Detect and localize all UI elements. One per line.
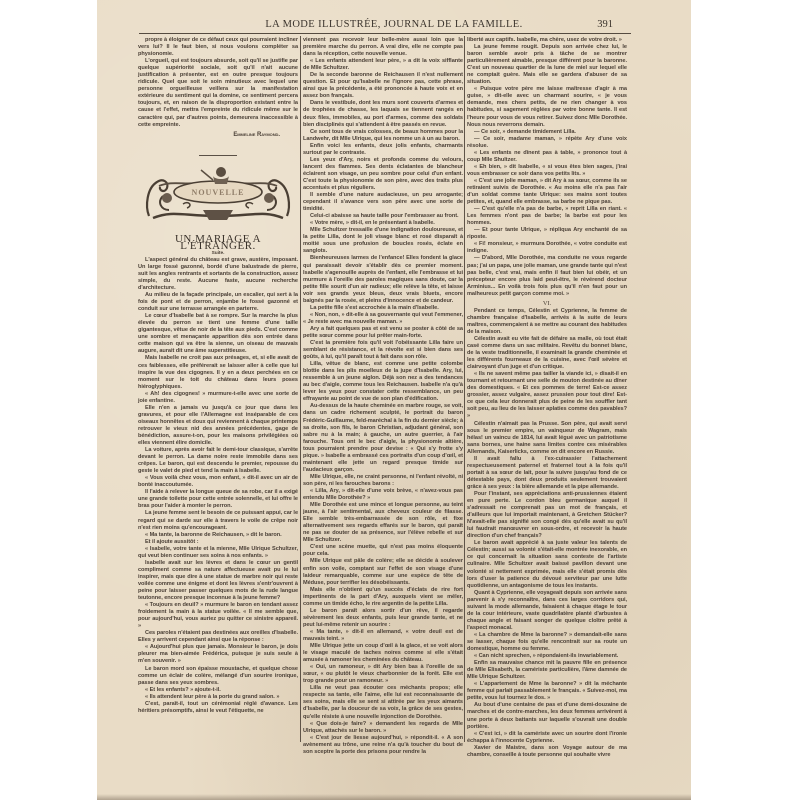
paragraph: Les yeux d'Ary, noirs et profonds comme … <box>303 157 463 192</box>
separator-rule <box>199 155 237 156</box>
paragraph: Mais Isabelle ne croit pas aux présages,… <box>138 355 298 390</box>
paragraph: « Ils attendent leur père à la porte du … <box>138 694 298 701</box>
page-number: 391 <box>597 19 613 30</box>
paragraph: « C'est jour de liesse aujourd'hui, » ré… <box>303 735 463 756</box>
paragraph: Célestin avait eu vite fait de défaire s… <box>467 336 627 371</box>
paragraph: Mlle Ulrique est pâle de colère; elle se… <box>303 558 463 586</box>
paragraph: « Les enfants attendent leur père, » a d… <box>303 58 463 72</box>
story-text-continued: viennent pas recevoir leur belle-mère au… <box>303 37 463 756</box>
header-rule <box>139 33 631 34</box>
paragraph: Enfin sa mauvaise chance mit la pauvre f… <box>467 660 627 681</box>
paragraph: « Eh bien, » dit Isabelle, « si vous ête… <box>467 164 627 178</box>
paragraph: « Lilla, Ary, » dit-elle d'une voix brèv… <box>303 488 463 502</box>
paragraph: liberté aux captifs. Isabelle, ma chère,… <box>467 37 627 44</box>
paragraph: La jeune femme sent le besoin de ce puis… <box>138 510 298 531</box>
paragraph: Ary a fait quelques pas et est venu se p… <box>303 326 463 340</box>
column-1: propre à éloigner de ce défaut ceux qui … <box>138 37 298 715</box>
paragraph: « Ah! des cigognes! » murmure-t-elle ave… <box>138 391 298 405</box>
story-subtitle: Suite. <box>138 250 298 257</box>
page-edge <box>97 794 691 800</box>
paragraph: — Et pour tante Ulrique, » répliqua Ary … <box>467 227 627 241</box>
paragraph: Il l'aide à relever la longue queue de s… <box>138 489 298 510</box>
ornament-label: NOUVELLE <box>143 189 293 196</box>
paragraph: Mlle Dorothée est une mince et longue pe… <box>303 502 463 544</box>
paragraph: L'aspect général du château est grave, a… <box>138 257 298 292</box>
paragraph: « L'appartement de Mme la baronne? » dit… <box>467 681 627 702</box>
paragraph: « Toujours en deuil? » murmure le baron … <box>138 602 298 630</box>
paragraph: Le cœur d'Isabelle bat à se rompre. Sur … <box>138 313 298 355</box>
paragraph: Elle n'en a jamais vu jusqu'à ce jour qu… <box>138 405 298 447</box>
paragraph: « Aujourd'hui plus que jamais. Monsieur … <box>138 644 298 665</box>
paragraph: Xavier de Maistre, dans son Voyage autou… <box>467 745 627 759</box>
paragraph: Quant à Cyprienne, elle voyageait depuis… <box>467 590 627 632</box>
paragraph: « Ma tante, la baronne de Reichausen, » … <box>138 532 298 539</box>
story-text-continued: liberté aux captifs. Isabelle, ma chère,… <box>467 37 627 298</box>
paragraph: Dans le vestibule, dont les murs sont co… <box>303 100 463 128</box>
essay-signature: Emmeline Raymond. <box>138 132 298 139</box>
column-divider <box>300 36 301 742</box>
paragraph: Ces paroles n'étaient pas destinées aux … <box>138 630 298 644</box>
paragraph: — C'est qu'elle n'a pas de barbe, » repr… <box>467 206 627 227</box>
paragraph: — Ce soir, » demande timidement Lilla. <box>467 129 627 136</box>
paragraph: « Can nicht sprechen, » répondaient-ils … <box>467 653 627 660</box>
paragraph: La jeune femme rougit. Depuis son arrivé… <box>467 44 627 86</box>
paragraph: De la seconde baronne de Reichausen il n… <box>303 72 463 100</box>
paragraph: Il avait fallu à l'ex-cuirassier l'attac… <box>467 456 627 491</box>
paragraph: La voiture, après avoir fait le demi-tou… <box>138 447 298 475</box>
story-text: L'aspect général du château est grave, a… <box>138 257 298 715</box>
paragraph: Mlle Ulrique jette un coup d'œil à la gl… <box>303 643 463 664</box>
paragraph: « C'est ici, » dit la camériste avec un … <box>467 731 627 745</box>
paragraph: Bienheureuses larmes de l'enfance! Elles… <box>303 255 463 304</box>
paragraph: Au bout d'une centaine de pas et d'une d… <box>467 702 627 730</box>
paragraph: Au-dessus de la haute cheminée en marbre… <box>303 403 463 473</box>
essay-text: propre à éloigner de ce défaut ceux qui … <box>138 37 298 129</box>
paragraph: propre à éloigner de ce défaut ceux qui … <box>138 37 298 58</box>
paragraph: « C'est une jolie maman, » dit Ary à sa … <box>467 178 627 206</box>
paragraph: — Ce soir, madame maman, » répète Ary d'… <box>467 136 627 150</box>
paragraph: C'est, paraît-il, tout un cérémonial rég… <box>138 701 298 715</box>
paragraph: Mlle Schultzer tressaille d'une indignat… <box>303 227 463 255</box>
paragraph: « Non, non, » dit-elle à sa gouvernante … <box>303 312 463 326</box>
paragraph: « Les enfants ne dînent pas à table, » p… <box>467 150 627 164</box>
paragraph: viennent pas recevoir leur belle-mère au… <box>303 37 463 58</box>
section-number: VI. <box>467 300 627 307</box>
story-title: UN MARIAGE A L'ÉTRANGER. <box>138 236 298 250</box>
paragraph: « Votre mère, » dit-il, en le présentant… <box>303 220 463 227</box>
paragraph: C'est une scène muette, qui n'est pas mo… <box>303 544 463 558</box>
paragraph: « Isabelle, votre tante et la mienne, Ml… <box>138 546 298 560</box>
newspaper-page: LA MODE ILLUSTRÉE, JOURNAL DE LA FAMILLE… <box>97 0 691 800</box>
paragraph: Et il ajoute aussitôt : <box>138 539 298 546</box>
paragraph: Enfin voici les enfants, deux jolis enfa… <box>303 143 463 157</box>
paragraph: Célestin n'aimait pas la Prusse. Son pèr… <box>467 421 627 456</box>
paragraph: Le baron mord son épaisse moustache, et … <box>138 666 298 687</box>
paragraph: Celui-ci abaisse sa haute taille pour l'… <box>303 213 463 220</box>
paragraph: Lilla ne veut pas écouter ces méchants p… <box>303 685 463 720</box>
paragraph: Mlle Ulrique, elle, ne craint personne, … <box>303 474 463 488</box>
paragraph: « Puisque votre père me laisse maîtresse… <box>467 86 627 128</box>
paragraph: L'orgueil, qui est toujours absurde, soi… <box>138 58 298 128</box>
paragraph: Le baron paraît alors sortir d'un rêve, … <box>303 608 463 629</box>
paragraph: Lilla, vêtue de blanc, est comme une pet… <box>303 361 463 403</box>
paragraph: Au milieu de la façade principale, un es… <box>138 292 298 313</box>
paragraph: « Et les enfants? » ajoute-t-il. <box>138 687 298 694</box>
paragraph: — D'abord, Mlle Dorothée, ma conduite ne… <box>467 255 627 297</box>
paragraph: Pendant ce temps, Célestin et Cyprienne,… <box>467 308 627 336</box>
paragraph: « La chambre de Mme la baronne? » demand… <box>467 632 627 653</box>
paragraph: Pour l'instant, ses appréciations anti-p… <box>467 491 627 540</box>
column-3: liberté aux captifs. Isabelle, ma chère,… <box>467 37 627 759</box>
paragraph: La petite fille s'est accrochée à la mai… <box>303 305 463 312</box>
paragraph: « Oui, un ramoneur, » dit Ary bien bas à… <box>303 664 463 685</box>
paragraph: Le baron avait apprécié à sa juste valeu… <box>467 540 627 589</box>
paragraph: Mais elle n'obtient qu'un succès d'éclat… <box>303 587 463 608</box>
paragraph: « Fi! monsieur, » murmura Dorothée, « vo… <box>467 241 627 255</box>
section-vi-text: Pendant ce temps, Célestin et Cyprienne,… <box>467 308 627 759</box>
paragraph: « Vous voilà chez vous, mon enfant, » di… <box>138 475 298 489</box>
paragraph: Il semble d'une nature audacieuse, un pe… <box>303 192 463 213</box>
paragraph: « Ma tante, » dit-il en allemand, « votr… <box>303 629 463 643</box>
paragraph: « Ils ne savent même pas tailler la vian… <box>467 371 627 420</box>
column-divider <box>464 36 465 742</box>
nouvelle-ornament: NOUVELLE <box>143 166 293 224</box>
paragraph: Isabelle avait sur les lèvres et dans le… <box>138 560 298 602</box>
paragraph: Ce sont tous de vrais colosses, de beaux… <box>303 129 463 143</box>
paragraph: C'est la première fois qu'il voit l'obéi… <box>303 340 463 361</box>
paragraph: « Que dois-je faire? » demandent les reg… <box>303 721 463 735</box>
column-2: viennent pas recevoir leur belle-mère au… <box>303 37 463 756</box>
